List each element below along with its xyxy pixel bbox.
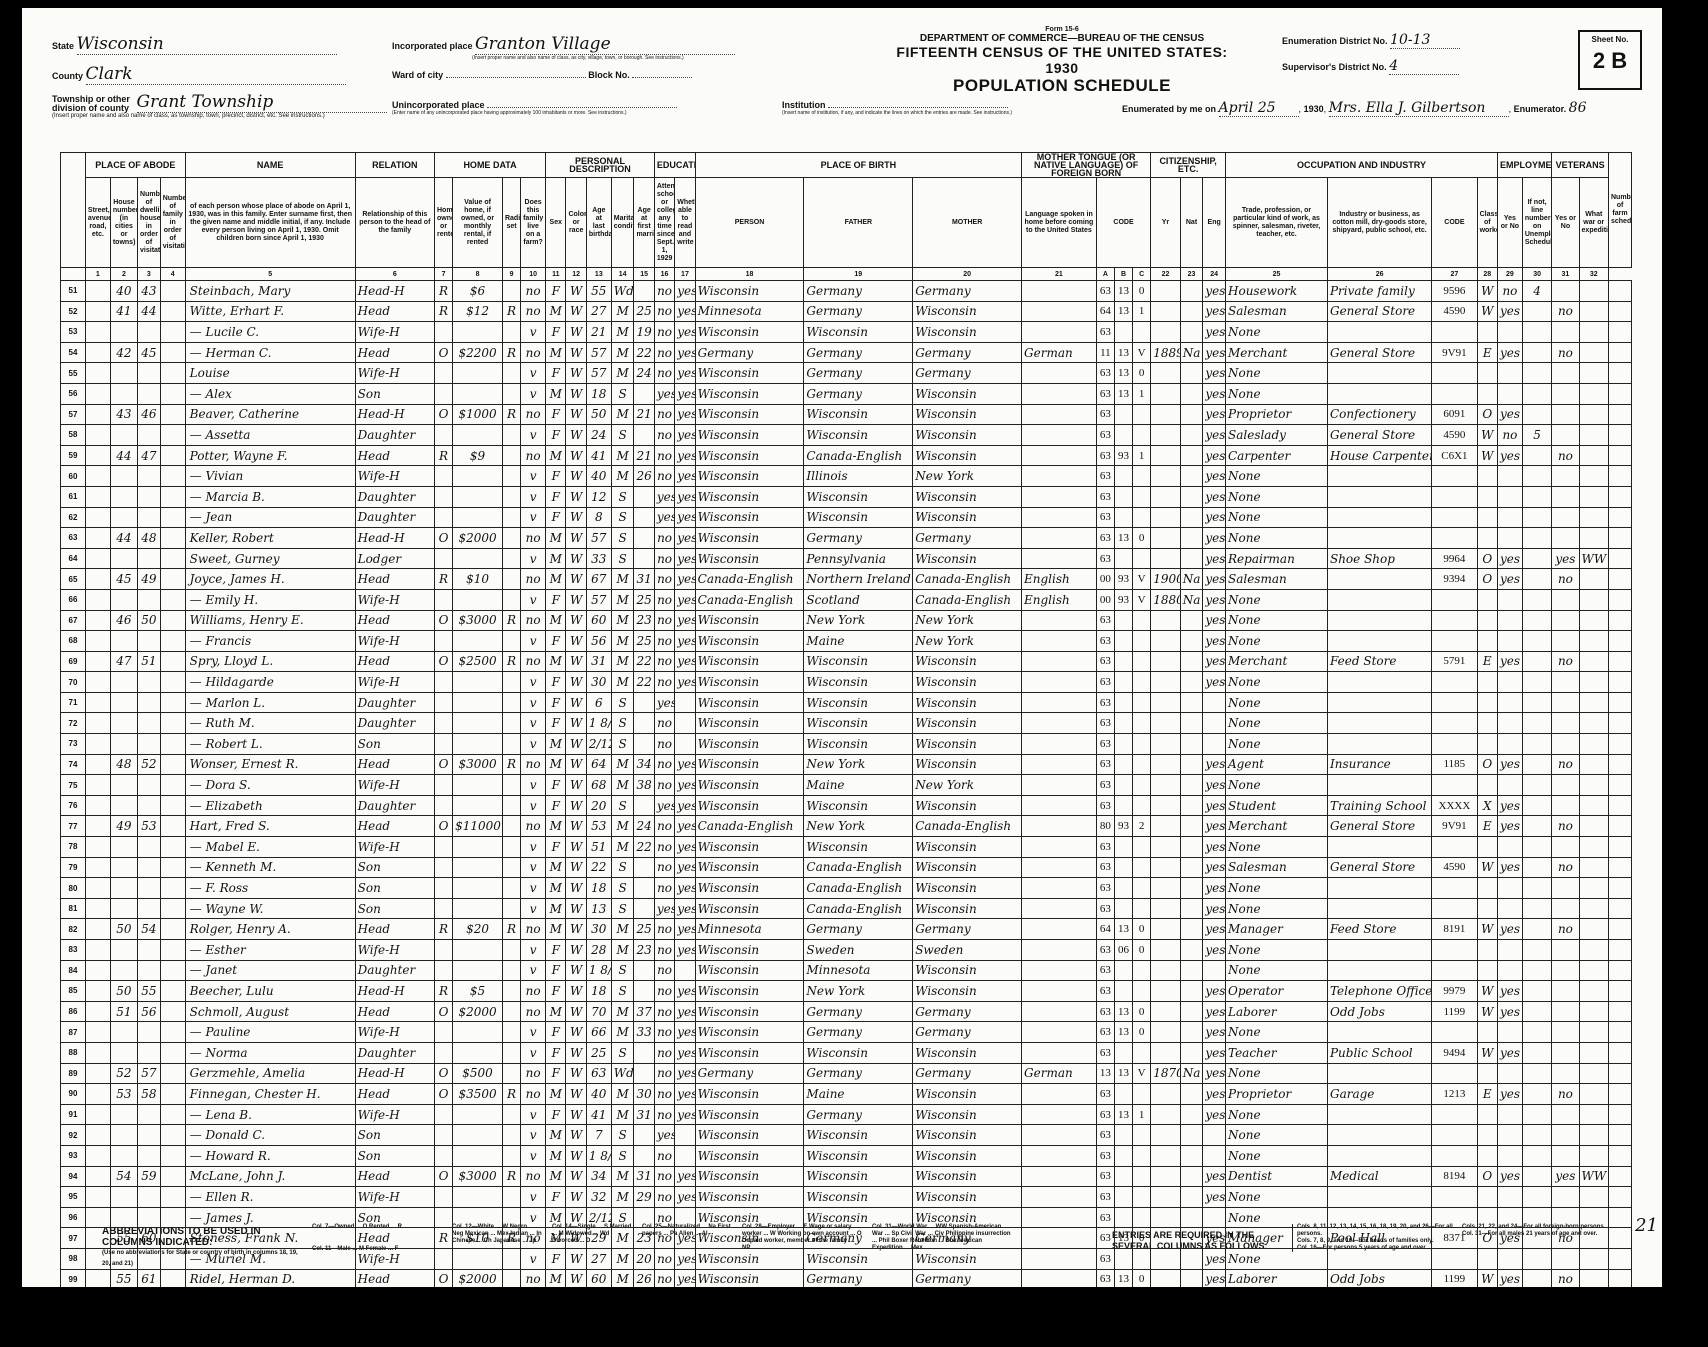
table-row: 895257Gerzmehle, AmeliaHead-HO$500noFW63… xyxy=(61,1063,1632,1084)
unemployment-line xyxy=(1522,981,1551,1002)
relation: Head xyxy=(355,651,434,672)
naturalization xyxy=(1180,466,1203,487)
dwelling-number xyxy=(110,837,137,858)
occupation: Saleslady xyxy=(1226,425,1328,446)
age: 60 xyxy=(586,610,611,631)
relation: Son xyxy=(355,898,434,919)
unemployment-line xyxy=(1522,1228,1551,1249)
farm-schedule xyxy=(1609,404,1632,425)
can-read-write: yes xyxy=(675,363,695,384)
can-read-write: yes xyxy=(675,281,695,302)
home-owned: R xyxy=(434,569,452,590)
birthplace-mother: Wisconsin xyxy=(913,1042,1022,1063)
color-race: W xyxy=(566,898,586,919)
industry: Public School xyxy=(1327,1042,1431,1063)
farm-schedule xyxy=(1609,981,1632,1002)
code-b xyxy=(1114,878,1132,899)
on-farm: v xyxy=(521,589,546,610)
on-farm: v xyxy=(521,940,546,961)
color-race: W xyxy=(566,342,586,363)
occupation-code xyxy=(1432,1187,1477,1208)
street-cell xyxy=(85,713,110,734)
birthplace-father: Wisconsin xyxy=(804,692,913,713)
sex: F xyxy=(546,960,566,981)
occupation-code xyxy=(1432,1145,1477,1166)
color-race: W xyxy=(566,919,586,940)
veteran xyxy=(1552,425,1579,446)
code-c xyxy=(1133,878,1151,899)
immigration-year xyxy=(1151,1022,1180,1043)
veteran xyxy=(1552,692,1579,713)
unemployment-line xyxy=(1522,528,1551,549)
radio-set xyxy=(502,1145,520,1166)
worker-class xyxy=(1477,1248,1497,1269)
birthplace-person: Wisconsin xyxy=(695,281,804,302)
home-owned: R xyxy=(434,281,452,302)
birthplace-father: Maine xyxy=(804,1084,913,1105)
color-race: W xyxy=(566,548,586,569)
veteran: no xyxy=(1552,342,1579,363)
marital-status: M xyxy=(611,610,634,631)
birthplace-mother: Wisconsin xyxy=(913,507,1022,528)
naturalization xyxy=(1180,816,1203,837)
on-farm: no xyxy=(521,1063,546,1084)
person-name: — Emily H. xyxy=(185,589,355,610)
war xyxy=(1579,816,1608,837)
war xyxy=(1579,1063,1608,1084)
occupation: None xyxy=(1226,878,1328,899)
person-name: Schmoll, August xyxy=(185,1001,355,1022)
can-read-write: yes xyxy=(675,528,695,549)
age-at-marriage xyxy=(634,713,654,734)
marital-status: M xyxy=(611,569,634,590)
veteran xyxy=(1552,1042,1579,1063)
code-b xyxy=(1114,1084,1132,1105)
line-number: 93 xyxy=(61,1145,86,1166)
code-b: 13 xyxy=(1114,281,1132,302)
sex: M xyxy=(546,301,566,322)
color-race: W xyxy=(566,672,586,693)
person-name: Keller, Robert xyxy=(185,528,355,549)
home-value: $10 xyxy=(453,1228,503,1249)
birthplace-mother: Wisconsin xyxy=(913,486,1022,507)
worker-class xyxy=(1477,466,1497,487)
radio-set xyxy=(502,569,520,590)
street-cell xyxy=(85,1166,110,1187)
family-number xyxy=(138,837,161,858)
war xyxy=(1579,692,1608,713)
occupation: None xyxy=(1226,898,1328,919)
occupation-code xyxy=(1432,837,1477,858)
age: 40 xyxy=(586,466,611,487)
birthplace-father: Maine xyxy=(804,631,913,652)
farm-schedule xyxy=(1609,1001,1632,1022)
birthplace-father: Germany xyxy=(804,1104,913,1125)
house-number xyxy=(160,1063,185,1084)
dwelling-number xyxy=(110,878,137,899)
state-value: Wisconsin xyxy=(77,34,337,55)
naturalization xyxy=(1180,404,1203,425)
house-number xyxy=(160,672,185,693)
age: 57 xyxy=(586,589,611,610)
veteran xyxy=(1552,878,1579,899)
dwelling-number xyxy=(110,692,137,713)
war xyxy=(1579,1228,1608,1249)
age-at-marriage: 26 xyxy=(634,466,654,487)
attended-school: yes xyxy=(654,692,674,713)
relation: Head-H xyxy=(355,281,434,302)
worker-class xyxy=(1477,878,1497,899)
veteran xyxy=(1552,713,1579,734)
code-c xyxy=(1133,548,1151,569)
house-number xyxy=(160,342,185,363)
family-number xyxy=(138,1187,161,1208)
radio-set xyxy=(502,713,520,734)
war xyxy=(1579,795,1608,816)
sex: F xyxy=(546,692,566,713)
relation: Wife-H xyxy=(355,1022,434,1043)
birthplace-mother: Canada-English xyxy=(913,589,1022,610)
birthplace-person: Wisconsin xyxy=(695,1001,804,1022)
occupation-code xyxy=(1432,1063,1477,1084)
sex: F xyxy=(546,425,566,446)
age-at-marriage xyxy=(634,1042,654,1063)
farm-schedule xyxy=(1609,1166,1632,1187)
worker-class: E xyxy=(1477,342,1497,363)
color-race: W xyxy=(566,775,586,796)
can-read-write: yes xyxy=(675,383,695,404)
code-a: 63 xyxy=(1096,651,1114,672)
color-race: W xyxy=(566,940,586,961)
occupation: None xyxy=(1226,1187,1328,1208)
home-value xyxy=(453,795,503,816)
code-a: 63 xyxy=(1096,466,1114,487)
person-name: — Lucile C. xyxy=(185,322,355,343)
war xyxy=(1579,610,1608,631)
relation: Head xyxy=(355,445,434,466)
mother-tongue xyxy=(1022,631,1097,652)
unemployment-line xyxy=(1522,692,1551,713)
can-read-write: yes xyxy=(675,301,695,322)
code-c xyxy=(1133,1187,1151,1208)
code-c: 0 xyxy=(1133,281,1151,302)
on-farm: v xyxy=(521,486,546,507)
marital-status: M xyxy=(611,816,634,837)
house-number xyxy=(160,631,185,652)
age: 27 xyxy=(586,301,611,322)
industry xyxy=(1327,713,1431,734)
code-b xyxy=(1114,1207,1132,1228)
naturalization xyxy=(1180,363,1203,384)
farm-schedule xyxy=(1609,960,1632,981)
code-a: 63 xyxy=(1096,548,1114,569)
industry: General Store xyxy=(1327,342,1431,363)
line-number: 81 xyxy=(61,898,86,919)
code-c xyxy=(1133,713,1151,734)
table-row: 53— Lucile C.Wife-HvFW21M19noyesWisconsi… xyxy=(61,322,1632,343)
worker-class xyxy=(1477,713,1497,734)
on-farm: v xyxy=(521,795,546,816)
birthplace-mother: Wisconsin xyxy=(913,857,1022,878)
immigration-year xyxy=(1151,734,1180,755)
attended-school: no xyxy=(654,919,674,940)
industry xyxy=(1327,363,1431,384)
sex: M xyxy=(546,1207,566,1228)
street-cell xyxy=(85,1001,110,1022)
mother-tongue xyxy=(1022,548,1097,569)
farm-schedule xyxy=(1609,363,1632,384)
naturalization xyxy=(1180,1248,1203,1269)
mother-tongue xyxy=(1022,692,1097,713)
can-read-write: yes xyxy=(675,1022,695,1043)
age: 18 xyxy=(586,981,611,1002)
person-name: Witte, Erhart F. xyxy=(185,301,355,322)
attended-school: no xyxy=(654,775,674,796)
war xyxy=(1579,1001,1608,1022)
radio-set xyxy=(502,445,520,466)
industry xyxy=(1327,1248,1431,1269)
ward-field: Ward of city Block No. xyxy=(392,70,692,80)
naturalization xyxy=(1180,919,1203,940)
veteran xyxy=(1552,837,1579,858)
street-cell xyxy=(85,342,110,363)
dwelling-number xyxy=(110,672,137,693)
relation: Daughter xyxy=(355,1042,434,1063)
industry xyxy=(1327,672,1431,693)
occupation-code: 9V91 xyxy=(1432,816,1477,837)
code-c xyxy=(1133,692,1151,713)
at-work xyxy=(1497,713,1522,734)
age-at-marriage: 24 xyxy=(634,363,654,384)
war xyxy=(1579,734,1608,755)
naturalization xyxy=(1180,1228,1203,1249)
veteran xyxy=(1552,281,1579,302)
war: WW xyxy=(1579,1166,1608,1187)
relation: Daughter xyxy=(355,692,434,713)
code-c xyxy=(1133,610,1151,631)
speaks-english: yes xyxy=(1203,445,1226,466)
attended-school: yes xyxy=(654,795,674,816)
mother-tongue xyxy=(1022,837,1097,858)
marital-status: M xyxy=(611,1166,634,1187)
occupation-code xyxy=(1432,383,1477,404)
veteran xyxy=(1552,1104,1579,1125)
on-farm: no xyxy=(521,1166,546,1187)
marital-status: Wd xyxy=(611,1063,634,1084)
industry xyxy=(1327,610,1431,631)
home-owned xyxy=(434,713,452,734)
sex: F xyxy=(546,631,566,652)
occupation-code: 9394 xyxy=(1432,569,1477,590)
attended-school: no xyxy=(654,342,674,363)
farm-schedule xyxy=(1609,734,1632,755)
dwelling-number: 51 xyxy=(110,1001,137,1022)
home-owned xyxy=(434,322,452,343)
age-at-marriage: 33 xyxy=(634,1022,654,1043)
worker-class: W xyxy=(1477,857,1497,878)
relation: Wife-H xyxy=(355,672,434,693)
table-row: 79— Kenneth M.SonvMW22SnoyesWisconsinCan… xyxy=(61,857,1632,878)
code-b: 13 xyxy=(1114,1001,1132,1022)
marital-status: S xyxy=(611,486,634,507)
worker-class: O xyxy=(1477,754,1497,775)
sex: M xyxy=(546,610,566,631)
on-farm: no xyxy=(521,1001,546,1022)
occupation: None xyxy=(1226,363,1328,384)
line-number: 90 xyxy=(61,1084,86,1105)
birthplace-person: Germany xyxy=(695,1063,804,1084)
sex: F xyxy=(546,1022,566,1043)
farm-schedule xyxy=(1609,795,1632,816)
occupation-code xyxy=(1432,1125,1477,1146)
sex: M xyxy=(546,383,566,404)
occupation-code xyxy=(1432,610,1477,631)
table-row: 75— Dora S.Wife-HvFW68M38noyesWisconsinM… xyxy=(61,775,1632,796)
speaks-english: yes xyxy=(1203,1104,1226,1125)
street-cell xyxy=(85,1207,110,1228)
birthplace-mother: Wisconsin xyxy=(913,981,1022,1002)
township-field: Township or other division of county Gra… xyxy=(52,92,412,119)
color-race: W xyxy=(566,1063,586,1084)
can-read-write: yes xyxy=(675,425,695,446)
code-b: 13 xyxy=(1114,1063,1132,1084)
occupation: Salesman xyxy=(1226,857,1328,878)
immigration-year xyxy=(1151,425,1180,446)
mother-tongue xyxy=(1022,919,1097,940)
birthplace-father: Germany xyxy=(804,342,913,363)
unemployment-line xyxy=(1522,486,1551,507)
veteran: yes xyxy=(1552,548,1579,569)
occupation: Operator xyxy=(1226,981,1328,1002)
family-number xyxy=(138,713,161,734)
age: 25 xyxy=(586,1042,611,1063)
home-owned: R xyxy=(434,1228,452,1249)
industry xyxy=(1327,1104,1431,1125)
dwelling-number: 53 xyxy=(110,1084,137,1105)
worker-class xyxy=(1477,940,1497,961)
color-race: W xyxy=(566,1248,586,1269)
color-race: W xyxy=(566,1104,586,1125)
radio-set xyxy=(502,692,520,713)
can-read-write: yes xyxy=(675,1187,695,1208)
house-number xyxy=(160,281,185,302)
speaks-english: yes xyxy=(1203,610,1226,631)
industry xyxy=(1327,734,1431,755)
street-cell xyxy=(85,425,110,446)
family-number: 56 xyxy=(138,1001,161,1022)
color-race: W xyxy=(566,1145,586,1166)
line-number: 78 xyxy=(61,837,86,858)
age: 21 xyxy=(586,322,611,343)
street-cell xyxy=(85,528,110,549)
veteran xyxy=(1552,528,1579,549)
house-number xyxy=(160,1022,185,1043)
table-row: 91— Lena B.Wife-HvFW41M31noyesWisconsinG… xyxy=(61,1104,1632,1125)
industry xyxy=(1327,837,1431,858)
industry xyxy=(1327,507,1431,528)
street-cell xyxy=(85,363,110,384)
war xyxy=(1579,898,1608,919)
home-value xyxy=(453,960,503,981)
home-owned xyxy=(434,672,452,693)
farm-schedule xyxy=(1609,1228,1632,1249)
house-number xyxy=(160,610,185,631)
worker-class xyxy=(1477,363,1497,384)
color-race: W xyxy=(566,589,586,610)
birthplace-person: Wisconsin xyxy=(695,1166,804,1187)
on-farm: v xyxy=(521,1248,546,1269)
occupation-code xyxy=(1432,486,1477,507)
age: 56 xyxy=(586,631,611,652)
birthplace-father: Germany xyxy=(804,1063,913,1084)
occupation: Proprietor xyxy=(1226,404,1328,425)
age: 27 xyxy=(586,1248,611,1269)
unincorporated-field: Unincorporated place (Enter name of any … xyxy=(392,100,677,116)
occupation: Proprietor xyxy=(1226,1084,1328,1105)
sex: F xyxy=(546,940,566,961)
marital-status: M xyxy=(611,1001,634,1022)
attended-school: yes xyxy=(654,1125,674,1146)
street-cell xyxy=(85,301,110,322)
speaks-english: yes xyxy=(1203,281,1226,302)
occupation: None xyxy=(1226,775,1328,796)
naturalization xyxy=(1180,425,1203,446)
home-owned: O xyxy=(434,651,452,672)
occupation-code xyxy=(1432,466,1477,487)
line-number: 95 xyxy=(61,1187,86,1208)
immigration-year xyxy=(1151,919,1180,940)
age-at-marriage xyxy=(634,960,654,981)
code-b xyxy=(1114,1125,1132,1146)
age: 1 8/12 xyxy=(586,1145,611,1166)
code-c xyxy=(1133,981,1151,1002)
war xyxy=(1579,857,1608,878)
code-c xyxy=(1133,404,1151,425)
sex: M xyxy=(546,651,566,672)
code-a: 63 xyxy=(1096,898,1114,919)
marital-status: M xyxy=(611,322,634,343)
occupation: None xyxy=(1226,1207,1328,1228)
age: 24 xyxy=(586,425,611,446)
at-work: yes xyxy=(1497,569,1522,590)
mother-tongue xyxy=(1022,1125,1097,1146)
code-c xyxy=(1133,631,1151,652)
at-work xyxy=(1497,1187,1522,1208)
attended-school: no xyxy=(654,569,674,590)
marital-status: S xyxy=(611,528,634,549)
column-numbers-row: 123456789101112131415161718192021ABC2223… xyxy=(61,268,1632,281)
attended-school: no xyxy=(654,878,674,899)
unemployment-line xyxy=(1522,631,1551,652)
sex: M xyxy=(546,1084,566,1105)
family-number xyxy=(138,548,161,569)
speaks-english: yes xyxy=(1203,816,1226,837)
birthplace-mother: Wisconsin xyxy=(913,383,1022,404)
birthplace-person: Wisconsin xyxy=(695,486,804,507)
relation: Head-H xyxy=(355,981,434,1002)
code-b xyxy=(1114,898,1132,919)
table-row: 71— Marlon L.DaughtervFW6SyesWisconsinWi… xyxy=(61,692,1632,713)
home-value xyxy=(453,775,503,796)
unemployment-line xyxy=(1522,383,1551,404)
person-name: — Pauline xyxy=(185,1022,355,1043)
worker-class: O xyxy=(1477,1228,1497,1249)
group-citizenship: CITIZENSHIP, ETC. xyxy=(1151,153,1226,178)
on-farm: v xyxy=(521,1022,546,1043)
person-name: — Assetta xyxy=(185,425,355,446)
dwelling-number: 44 xyxy=(110,528,137,549)
group-occupation: OCCUPATION AND INDUSTRY xyxy=(1226,153,1498,178)
